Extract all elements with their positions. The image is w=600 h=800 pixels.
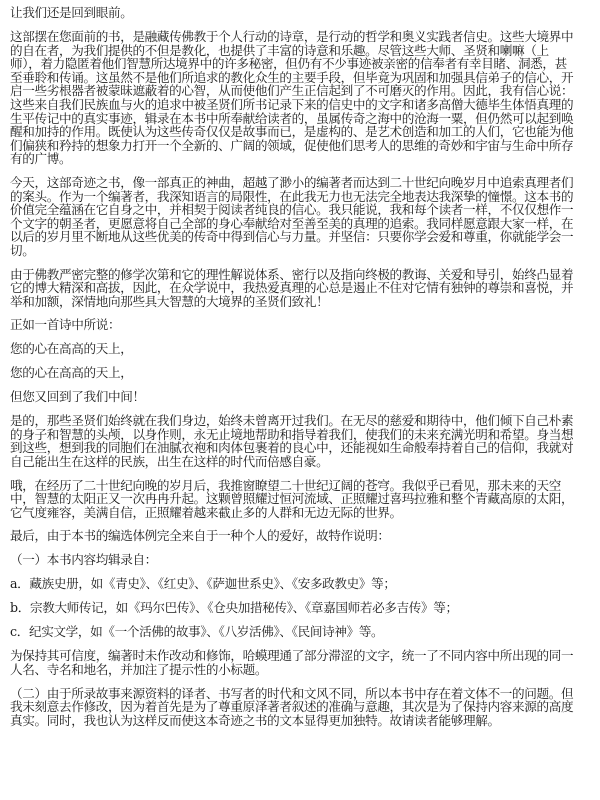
paragraph-p5: 正如一首诗中所说： [10, 318, 590, 332]
text-line: 它的博大精深和高拔，因此，在众学说中，我热爱真理的心总是遏止不住对它情有独钟的尊… [10, 281, 590, 295]
text-line: 让我们还是回到眼前。 [10, 6, 590, 20]
paragraph-p13: a．藏族史册，如《青史》、《红史》、《萨迦世系史》、《安多政教史》等； [10, 577, 590, 591]
text-line: 它气度雍容，美满自信，正照耀着越来截止多的人群和无边无际的世界。 [10, 506, 590, 520]
text-line: 的案头。作为一个编著者，我深知语言的局限性，在此我无力也无法完全地表达我深挚的憧… [10, 190, 590, 204]
paragraph-p2: 这部摆在您面前的书，是融藏传佛教于个人行动的诗章，是行动的哲学和奥义实践者信史。… [10, 30, 590, 166]
text-line: 但您又回到了我们中间！ [10, 390, 590, 404]
text-line: 我未刻意去作修改，因为着首先是为了尊重原泽著者叙述的准确与意趣，其次是为了保持内… [10, 700, 590, 714]
paragraph-p15: c．纪实文学，如《一个活佛的故事》、《八岁活佛》、《民间诗神》等。 [10, 625, 590, 639]
text-line: 醒和加持的作用。既使认为这些传奇仅仅是故事而已，是虚构的、是艺术创造和加工的人们… [10, 125, 590, 139]
text-line: （一）本书内容均辑录自： [10, 553, 590, 567]
paragraph-p4: 由于佛教严密完整的修学次第和它的理性解说体系、密行以及指向终极的教诲、关爱和导引… [10, 268, 590, 309]
text-line: 至垂聆和传诵。这虽然不是他们所追求的教化众生的主要手段，但毕竟为巩固和加强具信弟… [10, 71, 590, 85]
text-line: 价值完全蕴涵在它自身之中，并相契于阅读者纯良的信心。我只能说，我和每个读者一样，… [10, 203, 590, 217]
text-line: 今天，这部奇迹之书，像一部真正的神曲，超越了渺小的编著者而达到二十世纪向晚岁月中… [10, 176, 590, 190]
text-line: （二）由于所录故事来源资料的译者、书写者的时代和文风不同，所以本书中存在着文体不… [10, 687, 590, 701]
paragraph-p8: 但您又回到了我们中间！ [10, 390, 590, 404]
text-line: 这些来自我们民族血与火的追求中被圣贤们所书记录下来的信史中的文字和诸多高僧大德毕… [10, 98, 590, 112]
paragraph-p17: （二）由于所录故事来源资料的译者、书写者的时代和文风不同，所以本书中存在着文体不… [10, 687, 590, 728]
paragraph-p16: 为保持其可信度，编著时未作改动和修饰，哈蟆理通了部分滞涩的文字，统一了不同内容中… [10, 649, 590, 676]
paragraph-p11: 最后，由于本书的编选体例完全来自于一种个人的爱好，故特作说明： [10, 529, 590, 543]
text-line: 的身子和智慧的头颅，以身作则，永无止境地帮助和指导着我们，使我们的未来充满光明和… [10, 428, 590, 442]
text-line: 中，智慧的太阳正又一次冉冉升起。这颗曾照耀过恒河流域、正照耀过喜玛拉雅和整个青藏… [10, 492, 590, 506]
text-line: 您的心在高高的天上， [10, 366, 590, 380]
text-line: 以后的岁月里不断地从这些优美的传奇中得到信心与力量。并坚信：只要你学会爱和尊重，… [10, 230, 590, 244]
text-line: 个文字的朝圣者，更愿意将自己全部的身心奉献给对至善至美的真理的追索。我同样愿意跟… [10, 217, 590, 231]
text-line: 真实。同时，我也认为这样反而使这本奇迹之书的文本显得更加独特。故请读者能够理解。 [10, 714, 590, 728]
text-line: 人名、寺名和地名，并加注了提示性的小标题。 [10, 663, 590, 677]
text-line: 由于佛教严密完整的修学次第和它的理性解说体系、密行以及指向终极的教诲、关爱和导引… [10, 268, 590, 282]
paragraph-p9: 是的，那些圣贤们始终就在我们身边，始终未曾离开过我们。在无尽的慈爱和期待中，他们… [10, 414, 590, 468]
text-line: 举和加额，深情地向那些具大智慧的大境界的圣贤们致礼！ [10, 295, 590, 309]
text-line: 是的，那些圣贤们始终就在我们身边，始终未曾离开过我们。在无尽的慈爱和期待中，他们… [10, 414, 590, 428]
paragraph-p3: 今天，这部奇迹之书，像一部真正的神曲，超越了渺小的编著者而达到二十世纪向晚岁月中… [10, 176, 590, 258]
text-line: b．宗教大师传记，如《玛尔巴传》、《仓央加措秘传》、《章嘉国师若必多吉传》等； [10, 601, 590, 615]
paragraph-p7: 您的心在高高的天上， [10, 366, 590, 380]
paragraph-p1: 让我们还是回到眼前。 [10, 6, 590, 20]
text-line: a．藏族史册，如《青史》、《红史》、《萨迦世系史》、《安多政教史》等； [10, 577, 590, 591]
text-line: 切。 [10, 244, 590, 258]
text-line: 最后，由于本书的编选体例完全来自于一种个人的爱好，故特作说明： [10, 529, 590, 543]
text-line: 正如一首诗中所说： [10, 318, 590, 332]
paragraph-p6: 您的心在高高的天上， [10, 342, 590, 356]
text-line: 您的心在高高的天上， [10, 342, 590, 356]
document-body: 让我们还是回到眼前。这部摆在您面前的书，是融藏传佛教于个人行动的诗章，是行动的哲… [10, 6, 590, 727]
text-line: 自己能出生在这样的民族，出生在这样的时代而倍感自豪。 [10, 455, 590, 469]
text-line: 哦，在经历了二十世纪向晚的岁月后，我推窗瞭望二十世纪辽阔的苍穹。我似乎已看见，那… [10, 479, 590, 493]
document-page: 让我们还是回到眼前。这部摆在您面前的书，是融藏传佛教于个人行动的诗章，是行动的哲… [0, 0, 600, 800]
text-line: 启一些劣根器者被蒙昧遮蔽着的心智，从而使他们产生正信起到了不可磨灭的作用。因此，… [10, 84, 590, 98]
text-line: c．纪实文学，如《一个活佛的故事》、《八岁活佛》、《民间诗神》等。 [10, 625, 590, 639]
text-line: 生平传记中的真实事迹，辑录在本书中所奉献给读者的，虽属传奇之海中的沧海一粟，但仍… [10, 112, 590, 126]
text-line: 有的广博。 [10, 152, 590, 166]
text-line: 的自在者，为我们提供的不但是教化，也提供了丰富的诗意和乐趣。尽管这些大师、圣贤和… [10, 44, 590, 58]
text-line: 到这些，想到我的同胞们在油腻衣袍和肉体包裹着的良心中，还能视如生命般奉持着自己的… [10, 441, 590, 455]
text-line: 师），着力隐匿着他们智慧所达境界中的许多秘密，但仍有不少事迹被亲密的信奉者有幸目… [10, 57, 590, 71]
text-line: 这部摆在您面前的书，是融藏传佛教于个人行动的诗章，是行动的哲学和奥义实践者信史。… [10, 30, 590, 44]
text-line: 为保持其可信度，编著时未作改动和修饰，哈蟆理通了部分滞涩的文字，统一了不同内容中… [10, 649, 590, 663]
paragraph-p10: 哦，在经历了二十世纪向晚的岁月后，我推窗瞭望二十世纪辽阔的苍穹。我似乎已看见，那… [10, 479, 590, 520]
text-line: 们偏狭和矜持的想象力打开一个全新的、广阔的领域，促使他们思考人的思维的奇妙和宇宙… [10, 139, 590, 153]
paragraph-p14: b．宗教大师传记，如《玛尔巴传》、《仓央加措秘传》、《章嘉国师若必多吉传》等； [10, 601, 590, 615]
paragraph-p12: （一）本书内容均辑录自： [10, 553, 590, 567]
